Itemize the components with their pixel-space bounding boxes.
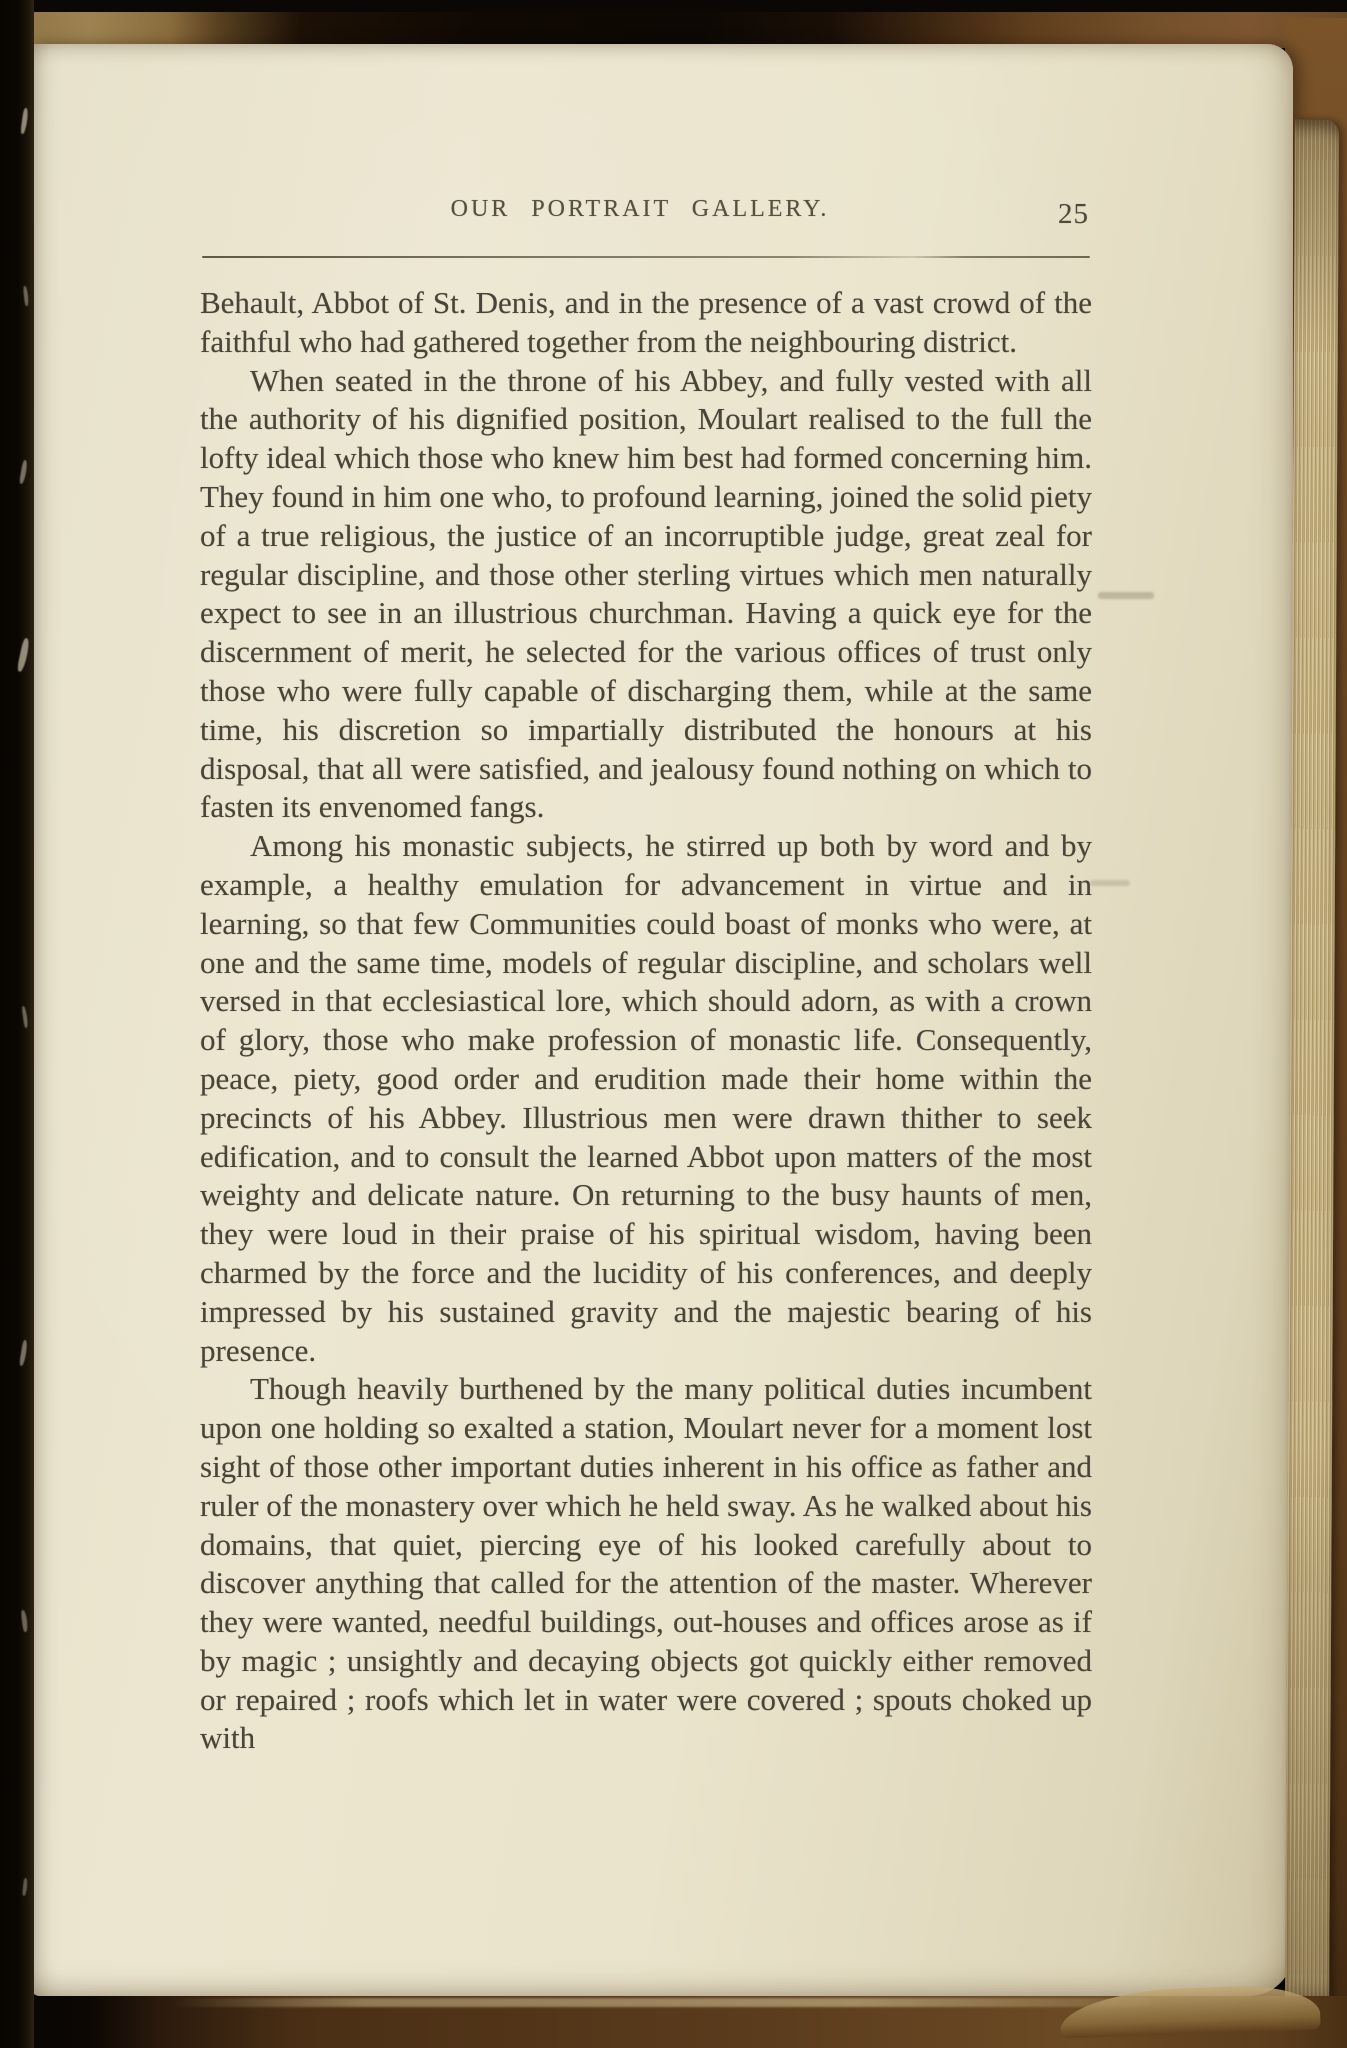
margin-smudge: [1090, 880, 1130, 886]
book-cover-top-edge: [0, 12, 1347, 48]
paragraph: When seated in the throne of his Abbey, …: [200, 362, 1092, 828]
book-photograph: OUR PORTRAIT GALLERY. 25 Behault, Abbot …: [0, 0, 1347, 2048]
binding-gutter: [0, 0, 34, 2048]
running-title: OUR PORTRAIT GALLERY.: [180, 196, 1100, 223]
bottom-page-edge-highlight: [170, 1998, 1150, 2007]
margin-smudge: [1098, 592, 1154, 599]
paragraph: Behault, Abbot of St. Denis, and in the …: [200, 284, 1092, 362]
header-rule: [202, 256, 1090, 258]
book-page: OUR PORTRAIT GALLERY. 25 Behault, Abbot …: [30, 44, 1293, 1996]
paragraph: Among his monastic subjects, he stirred …: [200, 827, 1092, 1370]
body-text: Behault, Abbot of St. Denis, and in the …: [200, 284, 1092, 1758]
page-number: 25: [1058, 198, 1128, 231]
paragraph: Though heavily burthened by the many pol…: [200, 1370, 1092, 1758]
